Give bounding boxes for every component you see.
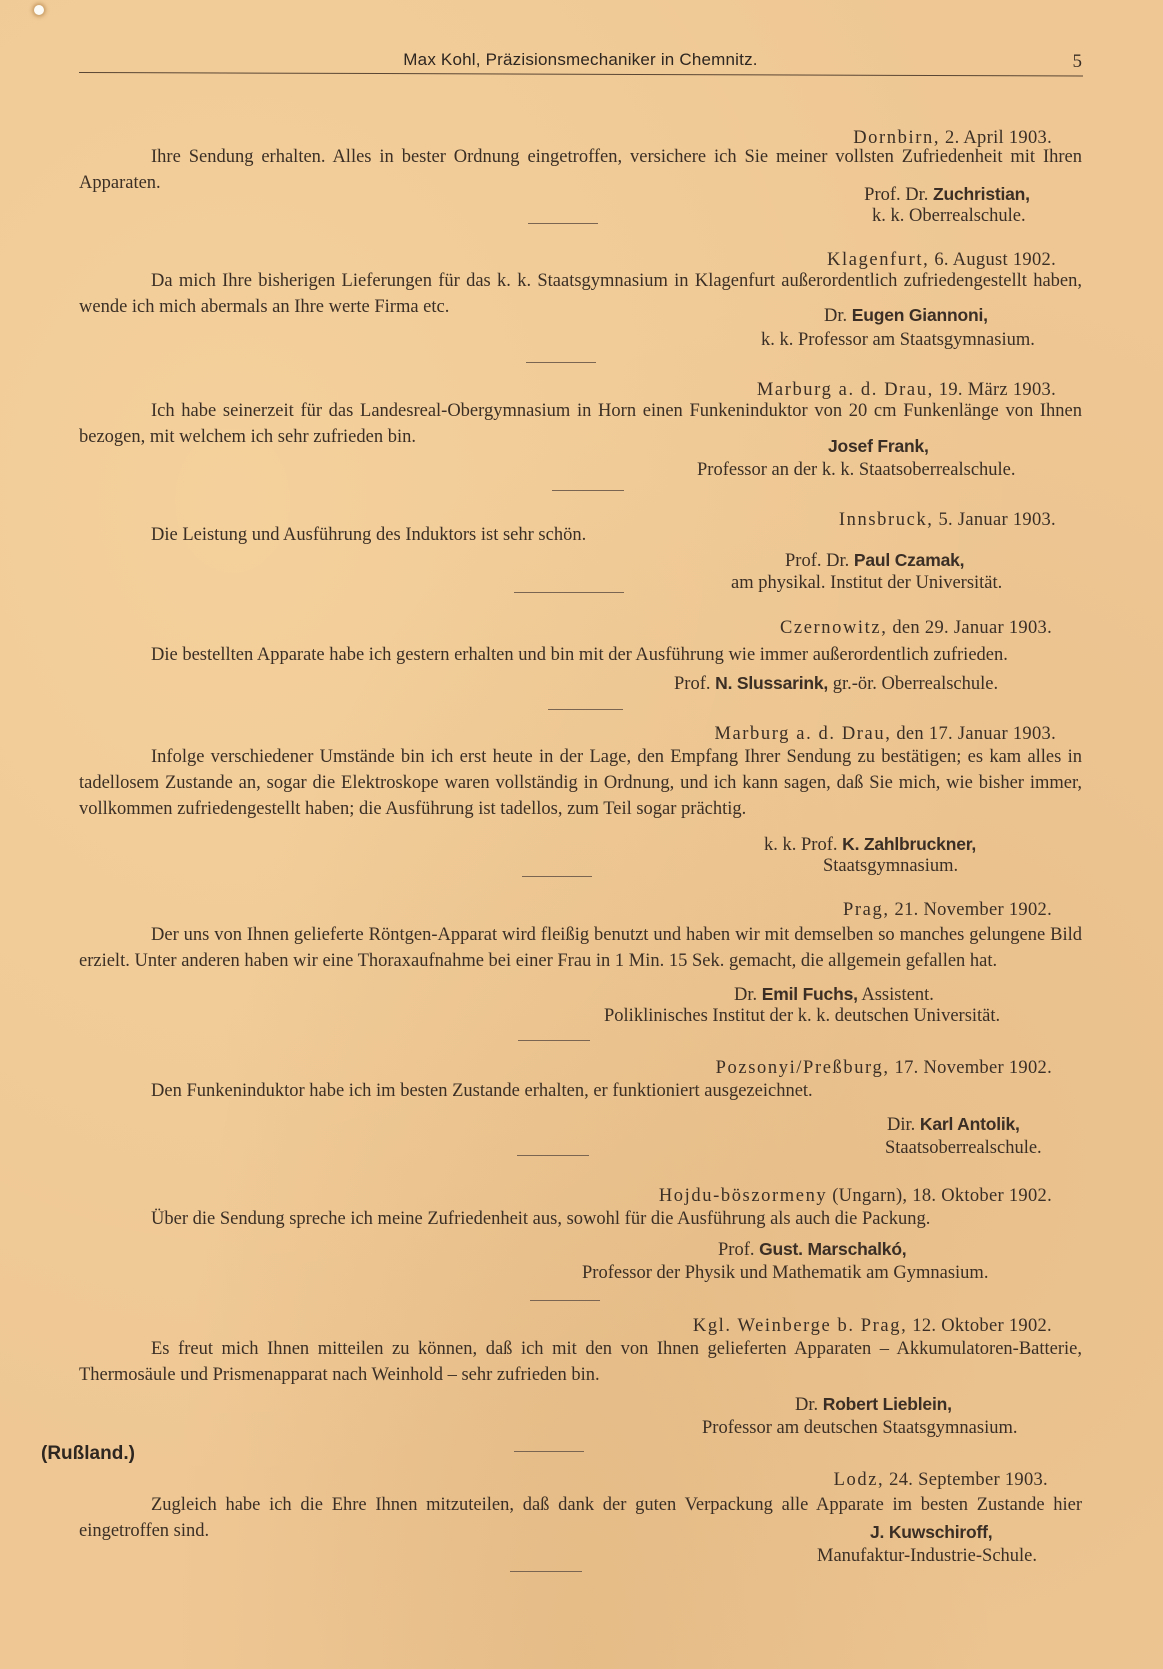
affiliation: Staatsoberrealschule. — [885, 1138, 1042, 1159]
signature: Dr. Eugen Giannoni, — [824, 305, 988, 327]
separator — [517, 1155, 589, 1156]
affiliation: Manufaktur-Industrie-Schule. — [817, 1546, 1037, 1567]
running-head: Max Kohl, Präzisionsmechaniker in Chemni… — [79, 50, 1082, 74]
testimonial-pozsonyi: Pozsonyi/Preßburg, 17. November 1902. De… — [79, 1058, 1082, 1158]
testimonial-text: Infolge verschiedener Umstände bin ich e… — [79, 744, 1082, 822]
signatory-name: Robert Lieblein, — [823, 1394, 952, 1414]
affiliation: k. k. Professor am Staatsgymnasium. — [761, 330, 1035, 351]
signature: Dr. Robert Lieblein, — [795, 1394, 952, 1416]
signatory-name: K. Zahlbruckner, — [842, 834, 976, 854]
signature: Prof. Gust. Marschalkó, — [718, 1239, 906, 1261]
signature: Josef Frank, — [828, 436, 929, 458]
separator — [552, 490, 624, 491]
testimonial-weinberge: Kgl. Weinberge b. Prag, 12. Oktober 1902… — [79, 1316, 1082, 1436]
place-date: Hojdu-böszormeny (Ungarn), 18. Oktober 1… — [659, 1186, 1052, 1207]
signatory-name: N. Slussarink, — [715, 673, 828, 693]
testimonial-text: Die Leistung und Ausführung des Induktor… — [79, 522, 1082, 548]
signature: Dr. Emil Fuchs, Assistent. — [734, 984, 934, 1006]
testimonial-lodz: Lodz, 24. September 1903. Zugleich habe … — [79, 1470, 1082, 1580]
affiliation: Staatsgymnasium. — [823, 856, 958, 877]
affiliation: am physikal. Institut der Universität. — [731, 573, 1002, 594]
signatory-name: Gust. Marschalkó, — [759, 1239, 906, 1259]
affiliation: Professor an der k. k. Staatsoberrealsch… — [697, 460, 1016, 481]
place-date: Pozsonyi/Preßburg, 17. November 1902. — [716, 1058, 1052, 1079]
separator — [526, 362, 596, 363]
signatory-name: Zuchristian, — [933, 184, 1030, 204]
signature: Dir. Karl Antolik, — [887, 1114, 1020, 1136]
testimonial-marburg-1: Marburg a. d. Drau, 19. März 1903. Ich h… — [79, 380, 1082, 480]
page-number: 5 — [1073, 51, 1083, 73]
testimonial-text: Die bestellten Apparate habe ich gestern… — [79, 642, 1082, 668]
separator — [514, 592, 624, 593]
affiliation: k. k. Oberrealschule. — [872, 206, 1026, 227]
punch-hole — [34, 5, 44, 15]
place-date: Lodz, 24. September 1903. — [834, 1470, 1048, 1491]
testimonial-text: Es freut mich Ihnen mitteilen zu können,… — [79, 1336, 1082, 1388]
testimonial-hojdu: Hojdu-böszormeny (Ungarn), 18. Oktober 1… — [79, 1186, 1082, 1286]
signatory-name: Paul Czamak, — [854, 550, 964, 570]
place-date: Prag, 21. November 1902. — [843, 900, 1052, 921]
testimonial-innsbruck: Innsbruck, 5. Januar 1903. Die Leistung … — [79, 510, 1082, 600]
affiliation: Professor am deutschen Staatsgymnasium. — [702, 1418, 1017, 1439]
testimonial-text: Der uns von Ihnen gelieferte Röntgen-App… — [79, 922, 1082, 974]
separator — [530, 1300, 600, 1301]
running-title: Max Kohl, Präzisionsmechaniker in Chemni… — [79, 50, 1082, 70]
separator — [514, 1451, 584, 1452]
signatory-name: J. Kuwschiroff, — [870, 1522, 992, 1542]
signature: Prof. Dr. Zuchristian, — [812, 184, 1082, 206]
signature: Prof. N. Slussarink, gr.-ör. Oberrealsch… — [674, 673, 998, 695]
separator — [510, 1571, 582, 1572]
separator — [548, 709, 623, 710]
testimonial-dornbirn: Dornbirn, 2. April 1903. Ihre Sendung er… — [79, 128, 1082, 228]
testimonial-klagenfurt: Klagenfurt, 6. August 1902. Da mich Ihre… — [79, 250, 1082, 360]
signatory-name: Emil Fuchs, — [762, 984, 858, 1004]
signature: k. k. Prof. K. Zahlbruckner, — [764, 834, 976, 856]
signatory-name: Karl Antolik, — [920, 1114, 1020, 1134]
testimonial-marburg-2: Marburg a. d. Drau, den 17. Januar 1903.… — [79, 724, 1082, 874]
place-date: Kgl. Weinberge b. Prag, 12. Oktober 1902… — [693, 1316, 1052, 1337]
signatory-name: Josef Frank, — [828, 436, 929, 456]
testimonial-text: Den Funkeninduktor habe ich im besten Zu… — [79, 1078, 1082, 1104]
separator — [522, 876, 592, 877]
separator — [518, 1040, 590, 1041]
place-date: Czernowitz, den 29. Januar 1903. — [780, 618, 1052, 639]
testimonial-text: Ich habe seinerzeit für das Landesreal-O… — [79, 398, 1082, 450]
separator — [528, 223, 598, 224]
testimonial-prag: Prag, 21. November 1902. Der uns von Ihn… — [79, 900, 1082, 1030]
signature: Prof. Dr. Paul Czamak, — [785, 550, 964, 572]
section-heading-russland: (Rußland.) — [41, 1443, 135, 1465]
affiliation: Poliklinisches Institut der k. k. deutsc… — [604, 1006, 1000, 1027]
place-date: Marburg a. d. Drau, den 17. Januar 1903. — [714, 724, 1056, 745]
testimonial-text: Über die Sendung spreche ich meine Zufri… — [79, 1206, 1082, 1232]
signature: J. Kuwschiroff, — [870, 1522, 992, 1544]
testimonial-czernowitz: Czernowitz, den 29. Januar 1903. Die bes… — [79, 618, 1082, 698]
signatory-name: Eugen Giannoni, — [852, 305, 988, 325]
affiliation: Professor der Physik und Mathematik am G… — [582, 1263, 988, 1284]
